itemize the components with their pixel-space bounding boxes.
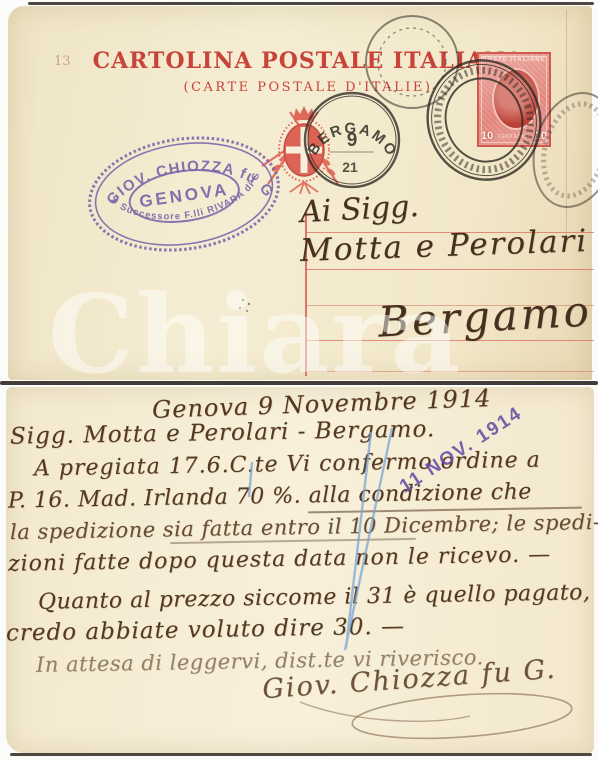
stamp-value-word: CENTESIMI	[498, 134, 530, 140]
stamp-country-text: POSTE ITALIANE	[479, 57, 549, 63]
scan-bottom-edge	[10, 753, 592, 756]
card-subtitle: (CARTE POSTALE D'ITALIE)	[98, 80, 518, 95]
stamp-value-right: 10	[535, 130, 547, 142]
scan-middle-edge	[0, 381, 598, 385]
card-crease	[566, 10, 567, 240]
king-portrait-oval	[492, 68, 540, 130]
stamp-value-left: 10	[481, 130, 493, 142]
address-rule	[306, 269, 594, 270]
address-salutation: Ai Sigg.	[299, 189, 420, 230]
scan-top-edge	[28, 2, 594, 5]
imprinted-postage-stamp: POSTE ITALIANE 10 CENTESIMI 10	[477, 52, 551, 147]
card-title: CARTOLINA POSTALE ITALIANA	[68, 48, 548, 74]
address-rule	[306, 371, 594, 372]
